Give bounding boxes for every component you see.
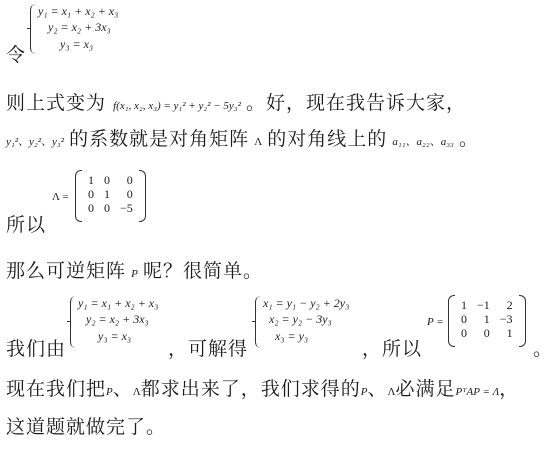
inverse-system: x₁ = y₁ − y₂ + 2y₃ x₂ = y₂ − 3y₃ x₃ = y₃	[255, 296, 365, 348]
equation-row: y₁ = x₁ + x₂ + x₃	[30, 4, 142, 18]
lambda-symbol: Λ	[254, 136, 262, 148]
text: 。好，现在我告诉大家，	[246, 92, 466, 114]
equation-row: y₃ = x₃	[30, 37, 142, 51]
text: 。	[533, 334, 553, 361]
lambda-symbol: Λ	[133, 386, 141, 398]
left-paren-icon	[448, 295, 455, 347]
transformed-form-line: 则上式变为 f(x₁, x₂, x₃) = y₁² + y₂² − 5y₃² 。…	[6, 88, 466, 115]
text: 那么可逆矩阵	[6, 260, 126, 282]
text: 所以	[6, 210, 46, 237]
var-p: P	[131, 268, 138, 280]
p-matrix: 1−12 01−3 001	[448, 295, 526, 345]
lambda-matrix: 100 010 00−5	[75, 170, 146, 220]
text: 的系数就是对角矩阵	[69, 128, 249, 150]
p-lhs: P =	[427, 316, 444, 328]
lambda-lhs: Λ =	[52, 191, 69, 203]
left-paren-icon	[75, 170, 82, 222]
var-p: P	[361, 386, 368, 398]
right-paren-icon	[139, 170, 146, 222]
left-brace-icon	[30, 4, 37, 54]
left-brace-icon	[70, 296, 77, 348]
text: ，所以	[362, 334, 422, 361]
text: ，可解得	[168, 334, 248, 361]
var-p: P	[106, 386, 113, 398]
intro-prefix: 令	[6, 40, 26, 67]
equation-row: y₂ = x₂ + 3x₃	[30, 20, 142, 34]
text: 则上式变为	[6, 92, 106, 114]
text: 。	[459, 128, 479, 150]
original-system: y₁ = x₁ + x₂ + x₃ y₂ = x₂ + 3x₃ y₃ = x₃	[70, 296, 170, 348]
text: 的对角线上的	[267, 128, 387, 150]
substitution-system: y₁ = x₁ + x₂ + x₃ y₂ = x₂ + 3x₃ y₃ = x₃	[30, 4, 142, 54]
lambda-symbol: Λ	[388, 386, 396, 398]
text: 呢？很简单。	[143, 260, 263, 282]
final-line: 这道题就做完了。	[6, 412, 166, 439]
squared-vars: y₁²、y₂²、y₃²	[6, 136, 64, 148]
diagonal-entries: a₁₁、a₂₂、a₃₃	[392, 136, 453, 148]
conclusion-line: 现在我们把P、Λ都求出来了，我们求得的P、Λ必满足PᵀAP = Λ，	[6, 374, 519, 401]
quadratic-form-formula: f(x₁, x₂, x₃) = y₁² + y₂² − 5y₃²	[113, 100, 241, 112]
left-brace-icon	[255, 296, 262, 348]
coefficient-line: y₁²、y₂²、y₃² 的系数就是对角矩阵 Λ 的对角线上的 a₁₁、a₂₂、a…	[6, 124, 479, 151]
congruence-formula: PᵀAP = Λ	[456, 386, 500, 398]
right-paren-icon	[519, 295, 526, 347]
question-line: 那么可逆矩阵 P 呢？很简单。	[6, 256, 263, 283]
text: 我们由	[6, 334, 66, 361]
